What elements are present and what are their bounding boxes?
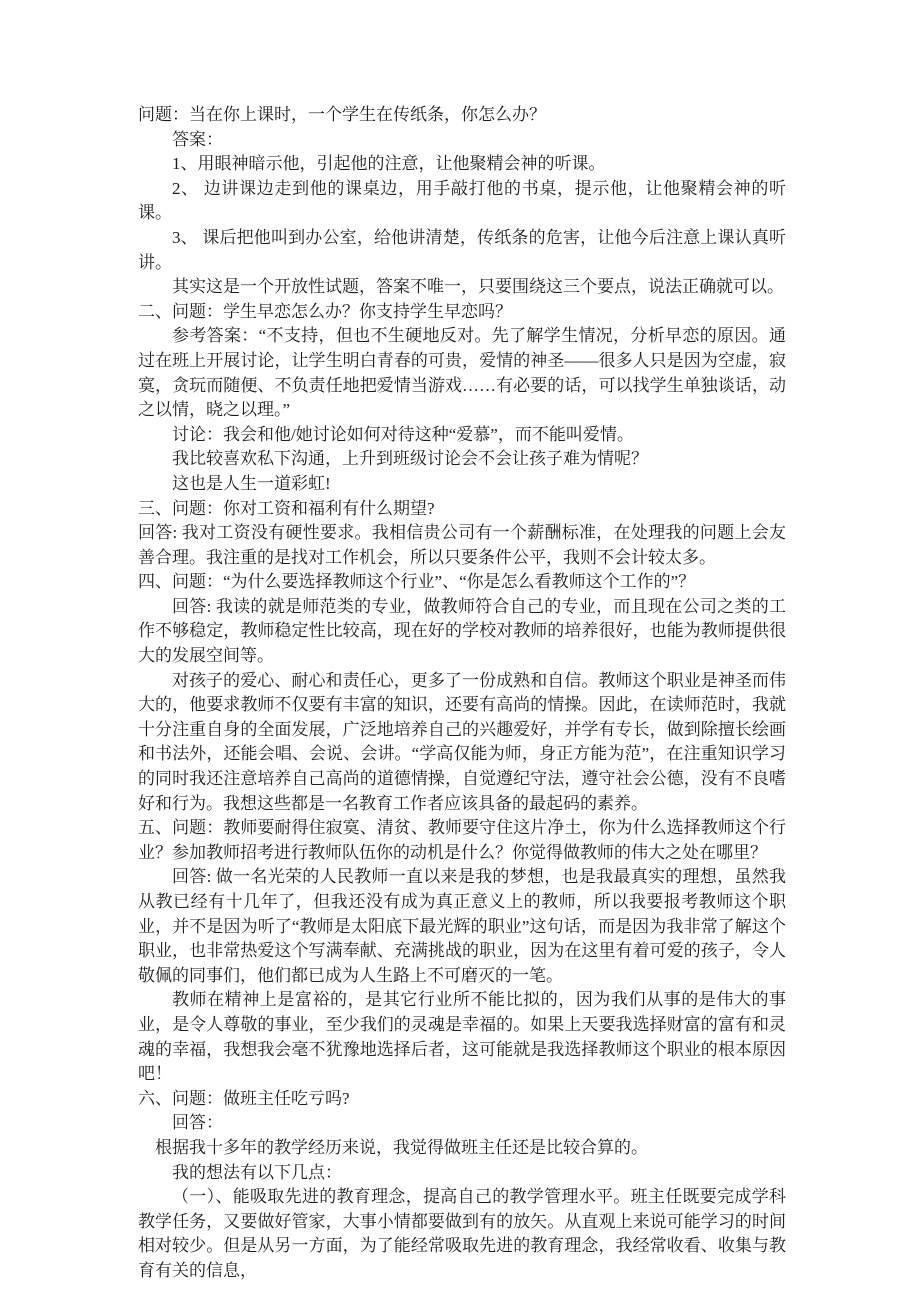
paragraph-18: 回答: 做一名光荣的人民教师一直以来是我的梦想，也是我最真实的理想，虽然我从教已… [138, 865, 786, 988]
document-body: 问题：当在你上课时，一个学生在传纸条，你怎么办？答案：1、用眼神暗示他，引起他的… [138, 103, 786, 1284]
paragraph-21: 回答： [138, 1111, 786, 1136]
paragraph-14: 四、问题：“为什么要选择教师这个行业”、“你是怎么看教师这个工作的”？ [138, 570, 786, 595]
paragraph-2: 答案： [138, 128, 786, 153]
paragraph-4: 2、 边讲课边走到他的课桌边，用手敲打他的书桌，提示他，让他聚精会神的听课。 [138, 177, 786, 226]
paragraph-22: 根据我十多年的教学经历来说，我觉得做班主任还是比较合算的。 [138, 1136, 786, 1161]
paragraph-19: 教师在精神上是富裕的，是其它行业所不能比拟的，因为我们从事的是伟大的事业，是令人… [138, 988, 786, 1086]
paragraph-1: 问题：当在你上课时，一个学生在传纸条，你怎么办？ [138, 103, 786, 128]
paragraph-23: 我的想法有以下几点： [138, 1161, 786, 1186]
paragraph-11: 这也是人生一道彩虹! [138, 472, 786, 497]
paragraph-7: 二、问题：学生早恋怎么办？你支持学生早恋吗？ [138, 300, 786, 325]
paragraph-3: 1、用眼神暗示他，引起他的注意，让他聚精会神的听课。 [138, 152, 786, 177]
paragraph-17: 五、问题：教师要耐得住寂寞、清贫、教师要守住这片净土，你为什么选择教师这个行业？… [138, 816, 786, 865]
paragraph-16: 对孩子的爱心、耐心和责任心，更多了一份成熟和自信。教师这个职业是神圣而伟大的，他… [138, 669, 786, 817]
paragraph-5: 3、 课后把他叫到办公室，给他讲清楚，传纸条的危害，让他今后注意上课认真听讲。 [138, 226, 786, 275]
paragraph-12: 三、问题：你对工资和福利有什么期望? [138, 497, 786, 522]
paragraph-15: 回答: 我读的就是师范类的专业，做教师符合自己的专业，而且现在公司之类的工作不够… [138, 595, 786, 669]
paragraph-13: 回答: 我对工资没有硬性要求。我相信贵公司有一个薪酬标准，在处理我的问题上会友善… [138, 521, 786, 570]
paragraph-24: （一）、能吸取先进的教育理念，提高自己的教学管理水平。班主任既要完成学科教学任务… [138, 1185, 786, 1283]
paragraph-20: 六、问题：做班主任吃亏吗? [138, 1087, 786, 1112]
paragraph-9: 讨论：我会和他/她讨论如何对待这种“爱慕”，而不能叫爱情。 [138, 423, 786, 448]
paragraph-8: 参考答案：“不支持，但也不生硬地反对。先了解学生情况，分析早恋的原因。通过在班上… [138, 324, 786, 422]
paragraph-10: 我比较喜欢私下沟通，上升到班级讨论会不会让孩子难为情呢？ [138, 447, 786, 472]
word-document-page: 问题：当在你上课时，一个学生在传纸条，你怎么办？答案：1、用眼神暗示他，引起他的… [0, 0, 920, 1302]
paragraph-6: 其实这是一个开放性试题，答案不唯一，只要围绕这三个要点，说法正确就可以。 [138, 275, 786, 300]
